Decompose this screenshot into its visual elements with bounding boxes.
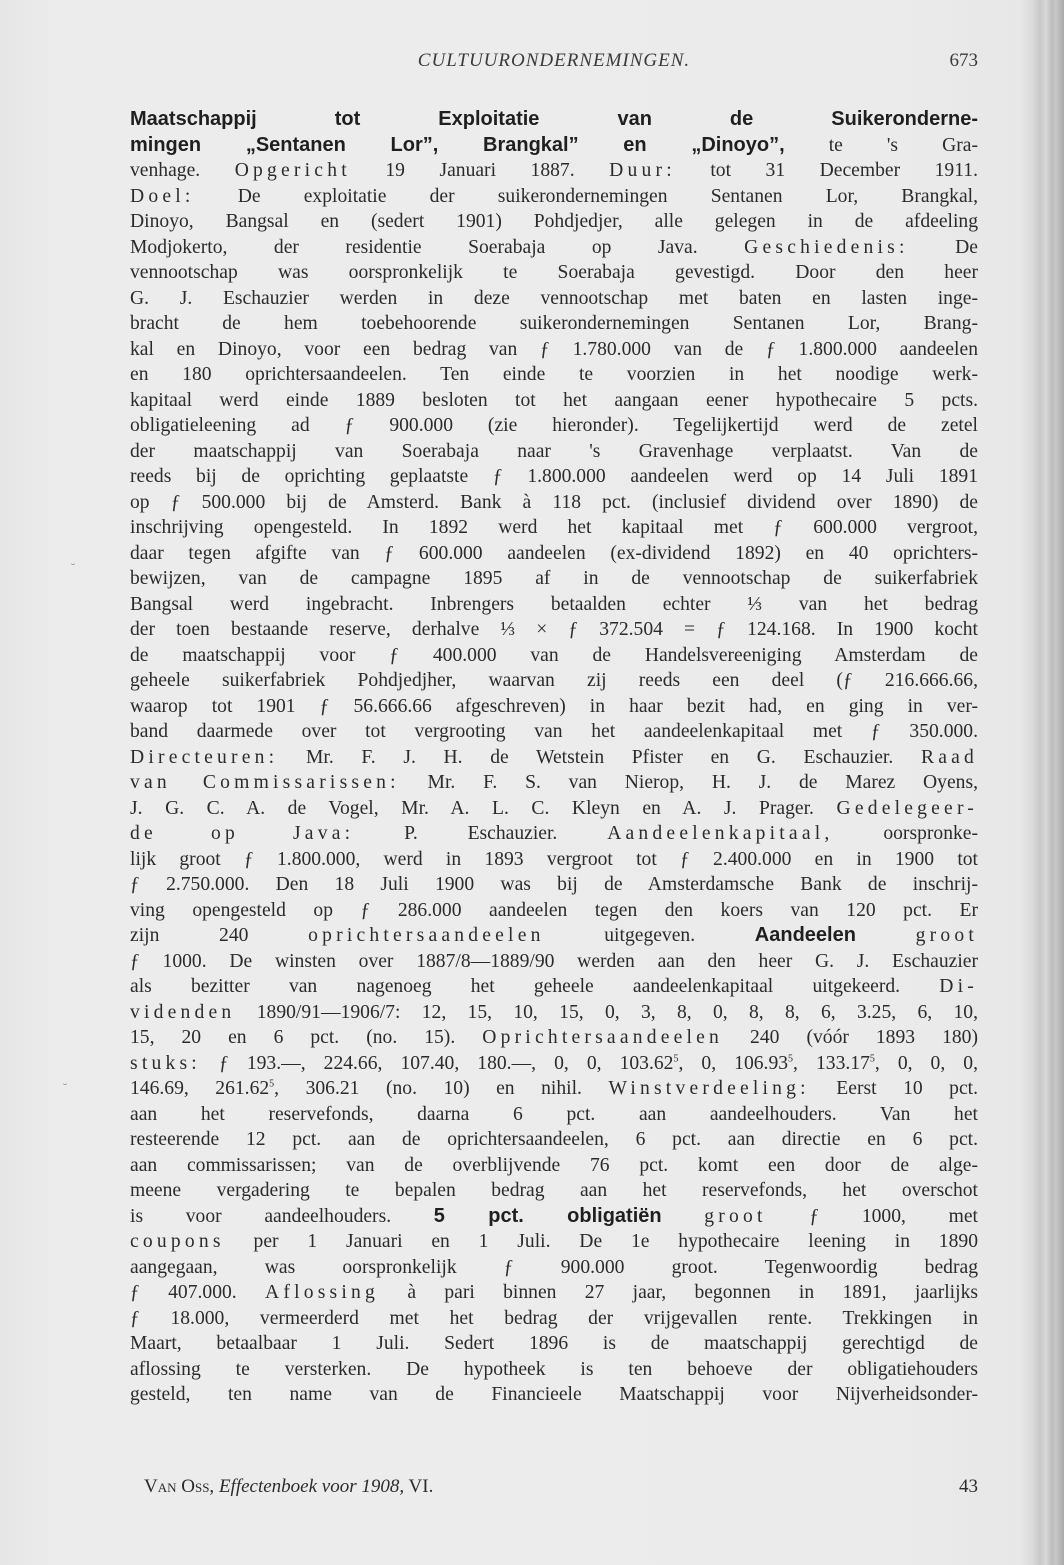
scanned-page: CULTUURONDERNEMINGEN. 673 Maatschappij t… — [0, 0, 1064, 1565]
text-run: bewijzen, van de campagne 1895 af in de … — [130, 568, 978, 589]
text-run: kapitaal werd einde 1889 besloten tot he… — [130, 390, 978, 411]
bold-heading: mingen „Sentanen Lor”, Brangkal” en „Din… — [130, 134, 785, 156]
text-run: aan commissarissen; van de overblijvende… — [130, 1155, 978, 1176]
text-run: 240 (vóór 1893 180) — [723, 1027, 978, 1048]
text-run: der maatschappij van Soerabaja naar 's G… — [130, 441, 978, 462]
text-run: meene vergadering te bepalen bedrag aan … — [130, 1180, 978, 1201]
text-run: daar tegen afgifte van ƒ 600.000 aandeel… — [130, 543, 978, 564]
text-line: vennootschap was oorspronkelijk te Soera… — [130, 260, 978, 286]
spaced-label: Di- — [939, 976, 978, 997]
text-line: Maatschappij tot Exploitatie van de Suik… — [130, 107, 978, 133]
text-line: gesteld, ten name van de Financieele Maa… — [130, 1382, 978, 1408]
text-line: Doel: De exploitatie der suikerondernemi… — [130, 184, 978, 210]
text-run: kal en Dinoyo, voor een bedrag van ƒ 1.7… — [130, 339, 978, 360]
text-run: aflossing te versterken. De hypotheek is… — [130, 1359, 978, 1380]
text-run: oorspronke- — [833, 823, 978, 844]
text-line: op ƒ 500.000 bij de Amsterd. Bank à 118 … — [130, 490, 978, 516]
margin-mark: ˘ — [70, 562, 76, 576]
article-body: Maatschappij tot Exploitatie van de Suik… — [130, 107, 978, 1408]
footer-author: Van Oss, — [144, 1476, 214, 1497]
spaced-label: Directeuren: — [130, 747, 278, 768]
text-line: Maart, betaalbaar 1 Juli. Sedert 1896 is… — [130, 1331, 978, 1357]
text-line: kal en Dinoyo, voor een bedrag van ƒ 1.7… — [130, 337, 978, 363]
text-run: Bangsal werd ingebracht. Inbrengers beta… — [130, 594, 978, 615]
text-run: band daarmede over tot vergrooting van h… — [130, 721, 978, 742]
spaced-label: groot — [704, 1206, 766, 1227]
text-run: De — [909, 237, 978, 258]
printer-signature: 43 — [959, 1476, 978, 1498]
spaced-label: Oprichtersaandeelen — [482, 1027, 723, 1048]
text-run: 19 Januari 1887. — [351, 160, 609, 181]
text-run: Eerst 10 pct. — [810, 1078, 978, 1099]
text-run: ƒ 193.—, 224.66, 107.40, 180.—, 0, 0, 10… — [201, 1053, 674, 1074]
text-run: lijk groot ƒ 1.800.000, werd in 1893 ver… — [130, 849, 978, 870]
text-line: venhage. Opgericht 19 Januari 1887. Duur… — [130, 158, 978, 184]
spaced-label: coupons — [130, 1231, 225, 1252]
text-line: lijk groot ƒ 1.800.000, werd in 1893 ver… — [130, 847, 978, 873]
text-run: aan het reservefonds, daarna 6 pct. aan … — [130, 1104, 978, 1125]
text-run: obligatieleening ad ƒ 900.000 (zie hiero… — [130, 415, 978, 436]
text-line: aangegaan, was oorspronkelijk ƒ 900.000 … — [130, 1255, 978, 1281]
text-run: aangegaan, was oorspronkelijk ƒ 900.000 … — [130, 1257, 978, 1278]
text-line: als bezitter van nagenoeg het geheele aa… — [130, 974, 978, 1000]
text-line: Dinoyo, Bangsal en (sedert 1901) Pohdjed… — [130, 209, 978, 235]
text-run: Maart, betaalbaar 1 Juli. Sedert 1896 is… — [130, 1333, 978, 1354]
text-line: band daarmede over tot vergrooting van h… — [130, 719, 978, 745]
spaced-label: stuks: — [130, 1053, 201, 1074]
text-line: kapitaal werd einde 1889 besloten tot he… — [130, 388, 978, 414]
page-footer: Van Oss, Effectenboek voor 1908, VI. 43 — [144, 1476, 978, 1502]
text-run: gesteld, ten name van de Financieele Maa… — [130, 1384, 978, 1405]
text-run: te 's Gra- — [785, 135, 978, 156]
text-run: per 1 Januari en 1 Juli. De 1e hypotheca… — [225, 1231, 978, 1252]
text-run: 146.69, 261.62 — [130, 1078, 269, 1099]
spaced-label: Duur: — [609, 160, 676, 181]
text-line: geheele suikerfabriek Pohdjedjher, waarv… — [130, 668, 978, 694]
text-run: geheele suikerfabriek Pohdjedjher, waarv… — [130, 670, 978, 691]
text-run: Dinoyo, Bangsal en (sedert 1901) Pohdjed… — [130, 211, 978, 232]
page-number: 673 — [950, 50, 979, 72]
text-line: obligatieleening ad ƒ 900.000 (zie hiero… — [130, 413, 978, 439]
text-run: venhage. — [130, 160, 235, 181]
text-line: Directeuren: Mr. F. J. H. de Wetstein Pf… — [130, 745, 978, 771]
text-run: 15, 20 en 6 pct. (no. 15). — [130, 1027, 482, 1048]
footer-volume: VI. — [409, 1476, 434, 1497]
text-line: ƒ 407.000. Aflossing à pari binnen 27 ja… — [130, 1280, 978, 1306]
text-run: waarop tot 1901 ƒ 56.666.66 afgeschreven… — [130, 696, 978, 717]
text-line: meene vergadering te bepalen bedrag aan … — [130, 1178, 978, 1204]
text-line: de maatschappij voor ƒ 400.000 van de Ha… — [130, 643, 978, 669]
spaced-label: Aflossing — [265, 1282, 379, 1303]
text-line: videnden 1890/91—1906/7: 12, 15, 10, 15,… — [130, 1000, 978, 1026]
spaced-label: Opgericht — [235, 160, 351, 181]
text-line: inschrijving opengesteld. In 1892 werd h… — [130, 515, 978, 541]
text-run: , 133.17 — [793, 1053, 870, 1074]
footer-book-title: Effectenboek voor 1908, — [219, 1476, 404, 1497]
text-run: , 306.21 (no. 10) en nihil. — [274, 1078, 608, 1099]
text-run: uitgegeven. — [545, 925, 755, 946]
text-line: coupons per 1 Januari en 1 Juli. De 1e h… — [130, 1229, 978, 1255]
spaced-label: de op Java: — [130, 823, 354, 844]
text-run: Mr. F. J. H. de Wetstein Pfister en G. E… — [278, 747, 921, 768]
text-line: der toen bestaande reserve, derhalve ⅓ ×… — [130, 617, 978, 643]
bold-heading: Maatschappij tot Exploitatie van de Suik… — [130, 108, 978, 130]
text-line: is voor aandeelhouders. 5 pct. obligatië… — [130, 1204, 978, 1230]
spaced-label: videnden — [130, 1002, 235, 1023]
text-run: De exploitatie der suikerondernemingen S… — [195, 186, 978, 207]
spaced-label: oprichtersaandeelen — [308, 925, 544, 946]
text-line: mingen „Sentanen Lor”, Brangkal” en „Din… — [130, 133, 978, 159]
section-title: CULTUURONDERNEMINGEN. — [130, 50, 978, 72]
margin-mark: ˘ — [62, 1082, 68, 1096]
text-line: aan commissarissen; van de overblijvende… — [130, 1153, 978, 1179]
text-run: J. G. C. A. de Vogel, Mr. A. L. C. Kleyn… — [130, 798, 836, 819]
text-line: J. G. C. A. de Vogel, Mr. A. L. C. Kleyn… — [130, 796, 978, 822]
spaced-label: Geschiedenis: — [744, 237, 909, 258]
running-head: CULTUURONDERNEMINGEN. 673 — [130, 50, 978, 76]
text-run: en 180 oprichtersaandeelen. Ten einde te… — [130, 364, 978, 385]
text-line: Bangsal werd ingebracht. Inbrengers beta… — [130, 592, 978, 618]
text-line: waarop tot 1901 ƒ 56.666.66 afgeschreven… — [130, 694, 978, 720]
text-line: ƒ 18.000, vermeerderd met het bedrag der… — [130, 1306, 978, 1332]
bold-heading: Aandeelen — [755, 924, 856, 946]
text-line: ving opengesteld op ƒ 286.000 aandeelen … — [130, 898, 978, 924]
text-line: daar tegen afgifte van ƒ 600.000 aandeel… — [130, 541, 978, 567]
text-run: ƒ 1000. De winsten over 1887/8—1889/90 w… — [130, 951, 978, 972]
text-run: ƒ 1000, met — [767, 1206, 978, 1227]
spaced-label: van Commissarissen: — [130, 772, 400, 793]
text-run — [856, 925, 916, 946]
text-run: de maatschappij voor ƒ 400.000 van de Ha… — [130, 645, 978, 666]
text-run: Modjokerto, der residentie Soerabaja op … — [130, 237, 744, 258]
spaced-label: Doel: — [130, 186, 195, 207]
text-run: vennootschap was oorspronkelijk te Soera… — [130, 262, 978, 283]
text-line: stuks: ƒ 193.—, 224.66, 107.40, 180.—, 0… — [130, 1051, 978, 1077]
text-line: bewijzen, van de campagne 1895 af in de … — [130, 566, 978, 592]
text-run: resteerende 12 pct. aan de oprichtersaan… — [130, 1129, 978, 1150]
text-run: als bezitter van nagenoeg het geheele aa… — [130, 976, 939, 997]
text-run: , 0, 0, 0, — [875, 1053, 978, 1074]
text-run: op ƒ 500.000 bij de Amsterd. Bank à 118 … — [130, 492, 978, 513]
text-run: à pari binnen 27 jaar, begonnen in 1891,… — [379, 1282, 978, 1303]
footer-source: Van Oss, Effectenboek voor 1908, VI. — [144, 1476, 433, 1498]
text-line: reeds bij de oprichting geplaatste ƒ 1.8… — [130, 464, 978, 490]
text-line: ƒ 1000. De winsten over 1887/8—1889/90 w… — [130, 949, 978, 975]
text-run: der toen bestaande reserve, derhalve ⅓ ×… — [130, 619, 978, 640]
text-run: tot 31 December 1911. — [676, 160, 978, 181]
text-run: reeds bij de oprichting geplaatste ƒ 1.8… — [130, 466, 978, 487]
text-run: 1890/91—1906/7: 12, 15, 10, 15, 0, 3, 8,… — [235, 1002, 978, 1023]
text-run: , 0, 106.93 — [678, 1053, 788, 1074]
text-line: ƒ 2.750.000. Den 18 Juli 1900 was bij de… — [130, 872, 978, 898]
text-run: ving opengesteld op ƒ 286.000 aandeelen … — [130, 900, 978, 921]
text-line: 146.69, 261.625, 306.21 (no. 10) en nihi… — [130, 1076, 978, 1102]
text-line: der maatschappij van Soerabaja naar 's G… — [130, 439, 978, 465]
text-run — [662, 1206, 705, 1227]
text-line: en 180 oprichtersaandeelen. Ten einde te… — [130, 362, 978, 388]
text-run: inschrijving opengesteld. In 1892 werd h… — [130, 517, 978, 538]
text-run: Mr. F. S. van Nierop, H. J. de Marez Oye… — [400, 772, 978, 793]
text-run: ƒ 407.000. — [130, 1282, 265, 1303]
bold-heading: 5 pct. obligatiën — [434, 1205, 662, 1227]
text-run: zijn 240 — [130, 925, 308, 946]
text-run: G. J. Eschauzier werden in deze vennoots… — [130, 288, 978, 309]
text-line: aan het reservefonds, daarna 6 pct. aan … — [130, 1102, 978, 1128]
text-run: is voor aandeelhouders. — [130, 1206, 434, 1227]
text-line: G. J. Eschauzier werden in deze vennoots… — [130, 286, 978, 312]
text-line: aflossing te versterken. De hypotheek is… — [130, 1357, 978, 1383]
text-line: bracht de hem toebehoorende suikerondern… — [130, 311, 978, 337]
text-line: van Commissarissen: Mr. F. S. van Nierop… — [130, 770, 978, 796]
spaced-label: Aandeelenkapitaal, — [607, 823, 833, 844]
text-line: zijn 240 oprichtersaandeelen uitgegeven.… — [130, 923, 978, 949]
spaced-label: Winstverdeeling: — [608, 1078, 809, 1099]
text-run: bracht de hem toebehoorende suikerondern… — [130, 313, 978, 334]
text-line: resteerende 12 pct. aan de oprichtersaan… — [130, 1127, 978, 1153]
text-run: ƒ 2.750.000. Den 18 Juli 1900 was bij de… — [130, 874, 978, 895]
text-run: P. Eschauzier. — [354, 823, 607, 844]
spaced-label: Raad — [921, 747, 978, 768]
text-line: Modjokerto, der residentie Soerabaja op … — [130, 235, 978, 261]
spaced-label: groot — [916, 925, 978, 946]
text-line: 15, 20 en 6 pct. (no. 15). Oprichtersaan… — [130, 1025, 978, 1051]
text-line: de op Java: P. Eschauzier. Aandeelenkapi… — [130, 821, 978, 847]
text-run: ƒ 18.000, vermeerderd met het bedrag der… — [130, 1308, 978, 1329]
spaced-label: Gedelegeer- — [836, 798, 978, 819]
